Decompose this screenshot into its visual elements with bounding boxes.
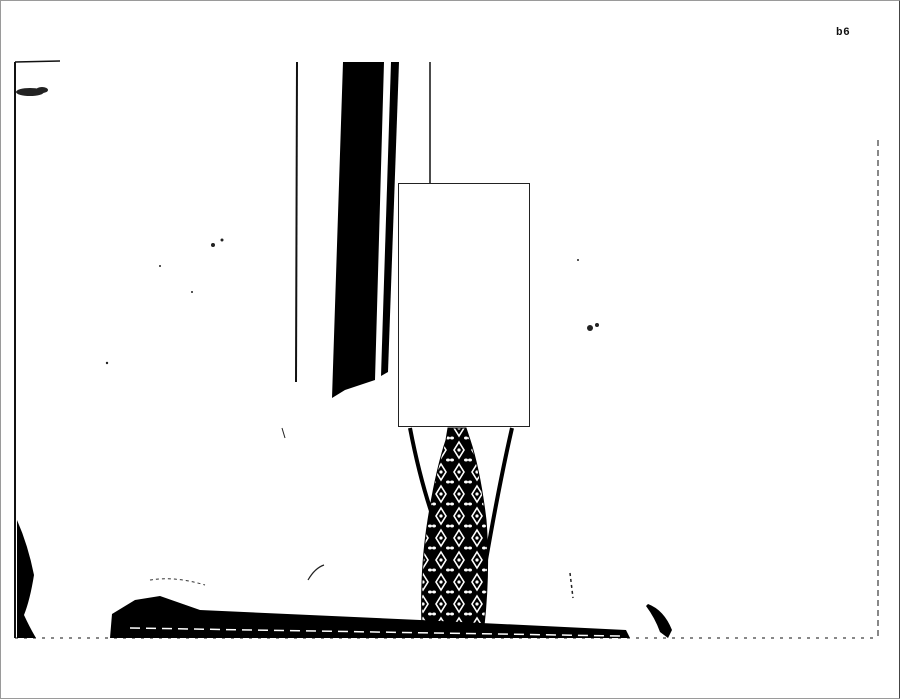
redaction-box bbox=[398, 183, 530, 427]
desk-edge bbox=[110, 579, 630, 638]
left-object bbox=[17, 520, 36, 638]
necktie bbox=[422, 428, 488, 626]
desk-object bbox=[646, 604, 672, 638]
